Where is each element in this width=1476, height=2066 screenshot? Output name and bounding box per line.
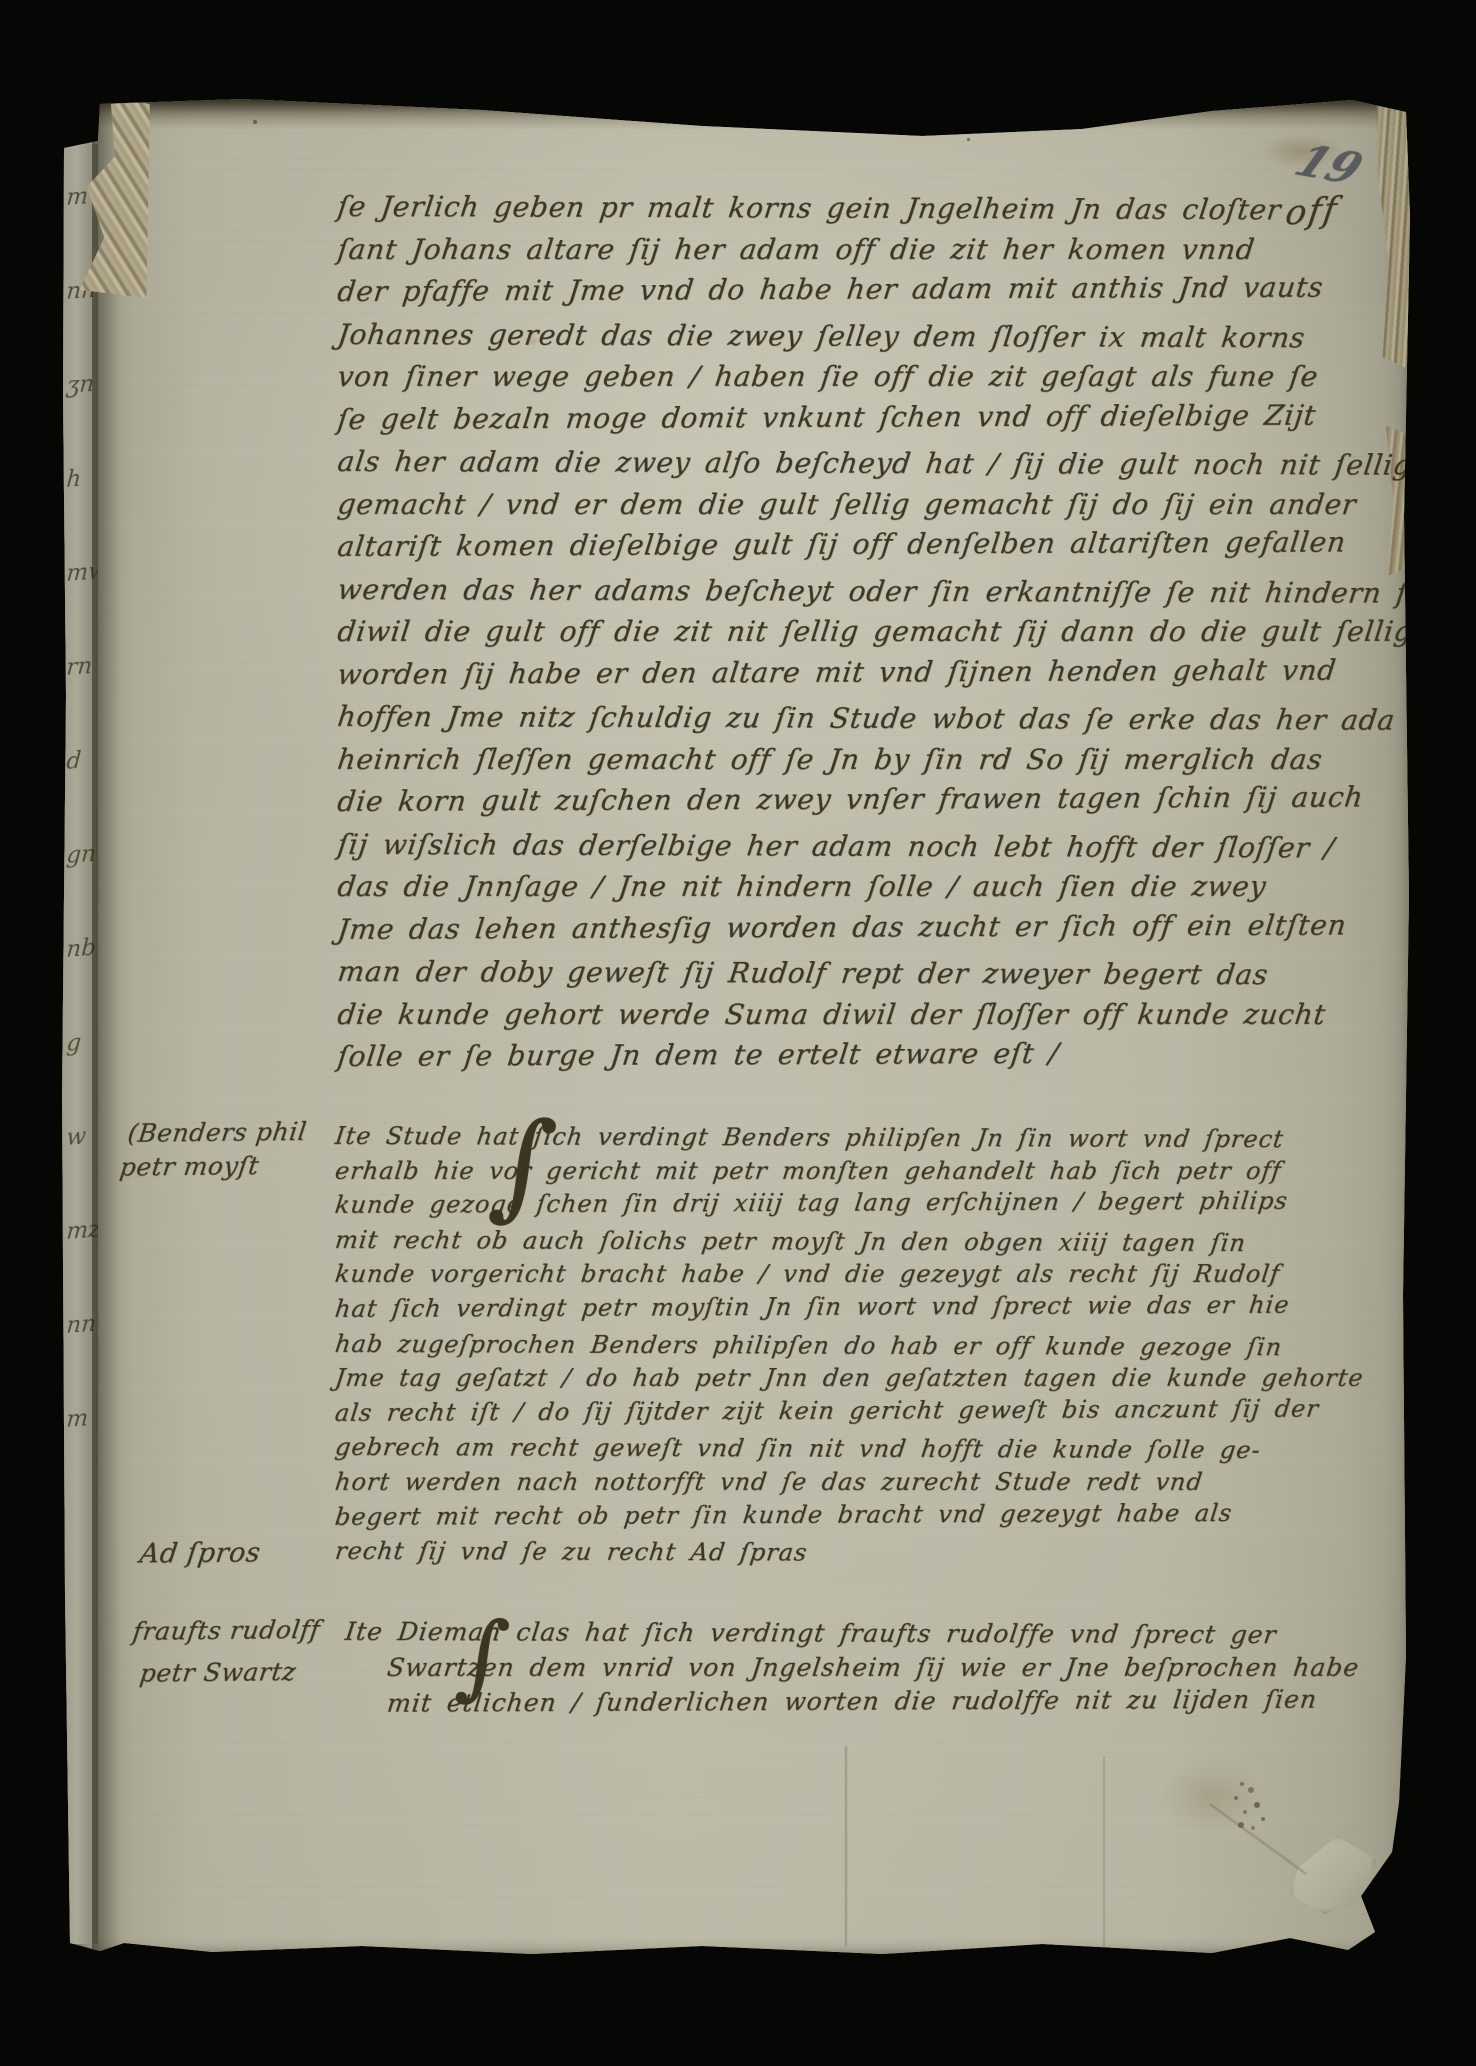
manuscript-line: gemacht / vnd er dem die gult ſellig gem…	[335, 484, 1465, 527]
manuscript-line: mit recht ob auch ſolichs petr moyſt Jn …	[333, 1223, 1365, 1261]
scan-background: mnnʒnhmwrndgnnbgwmznnm 19 off ſe Jerlich…	[0, 0, 1476, 2066]
ink-speck	[253, 120, 257, 124]
facing-page-edge: mnnʒnhmwrndgnnbgwmznnm	[62, 144, 98, 1944]
margin-note-petr-moyst: petr moyſt	[118, 1151, 261, 1181]
manuscript-line: hort werden nach nottorfft vnd ſe das zu…	[333, 1465, 1366, 1500]
entry-2-text: Ite Stude hat ſich verdingt Benders phil…	[333, 1119, 1361, 1569]
manuscript-line: gebrech am recht geweſt vnd ſin nit vnd …	[333, 1430, 1365, 1468]
paper-crease-vertical	[845, 1746, 847, 1946]
manuscript-line: kunde gezoge ſchen ſin drij xiiij tag la…	[333, 1184, 1366, 1223]
gutter-text-fragment: mz	[62, 1216, 98, 1313]
fox-spots	[1240, 1782, 1244, 1786]
manuscript-line: Ite Dieman clas hat ſich verdingt frauft…	[343, 1614, 1361, 1654]
manuscript-line: worden ſij habe er den altare mit vnd ſi…	[335, 649, 1465, 696]
manuscript-line: Jme tag geſatzt / do hab petr Jnn den ge…	[333, 1361, 1366, 1396]
gutter-text-fragment: d	[62, 746, 98, 843]
manuscript-line: ſant Johans altare ſij her adam off die …	[335, 229, 1465, 272]
paper-crease-faint	[1103, 1756, 1105, 1951]
manuscript-line: ſe gelt bezaln moge domit vnkunt ſchen v…	[335, 394, 1465, 441]
manuscript-line: ſolle er ſe burge Jn dem te ertelt etwar…	[335, 1031, 1465, 1078]
manuscript-line: Johannes geredt das die zwey ſelley dem …	[335, 314, 1465, 360]
manuscript-line: ſij wiſslich das derſelbige her adam noc…	[335, 824, 1465, 870]
gutter-text-fragment: ʒn	[62, 370, 98, 467]
gutter-text-fragment: h	[62, 464, 98, 561]
manuscript-line: hat ſich verdingt petr moyſtin Jn ſin wo…	[333, 1287, 1366, 1326]
manuscript-line: werden das her adams beſcheyt oder ſin e…	[335, 569, 1465, 615]
manuscript-line: als her adam die zwey alſo beſcheyd hat …	[335, 441, 1465, 487]
manuscript-line: das die Jnnſage / Jne nit hindern ſolle …	[335, 866, 1465, 909]
manuscript-line: erhalb hie vor gericht mit petr monſten …	[333, 1154, 1366, 1189]
gutter-text-fragment: w	[62, 1122, 98, 1219]
manuscript-line: man der doby geweſt ſij Rudolf rept der …	[335, 951, 1465, 997]
gutter-fold-shadow	[92, 96, 132, 1958]
margin-note-fraufts-rudolff: fraufts rudolff	[131, 1615, 322, 1646]
gutter-text-fragments: mnnʒnhmwrndgnnbgwmznnm	[64, 184, 98, 1500]
manuscript-line: altariſt komen dieſelbige gult ſij off d…	[335, 521, 1465, 568]
manuscript-line: hoffen Jme nitz ſchuldig zu ſin Stude wb…	[335, 696, 1465, 742]
manuscript-line: der pfaffe mit Jme vnd do habe her adam …	[335, 266, 1465, 313]
gutter-text-fragment: rn	[62, 652, 98, 749]
manuscript-line: Jme das lehen anthesſig worden das zucht…	[335, 904, 1465, 951]
manuscript-line: heinrich ſleſſen gemacht off ſe Jn by ſi…	[335, 739, 1465, 782]
paper-crease-diagonal	[1209, 1803, 1307, 1875]
manuscript-line: als recht iſt / do ſij ſijtder zijt kein…	[333, 1391, 1366, 1430]
manuscript-line: von ſiner wege geben / haben ſie off die…	[335, 356, 1465, 399]
manuscript-page: mnnʒnhmwrndgnnbgwmznnm 19 off ſe Jerlich…	[62, 96, 1412, 1958]
manuscript-line: begert mit recht ob petr ſin kunde brach…	[333, 1495, 1366, 1534]
manuscript-line: recht ſij vnd ſe zu recht Ad ſpras	[333, 1534, 1365, 1572]
manuscript-line: mit etlichen / ſunderlichen worten die r…	[343, 1682, 1362, 1722]
manuscript-line: hab zugeſprochen Benders philipſen do ha…	[333, 1327, 1365, 1365]
manuscript-line: kunde vorgericht bracht habe / vnd die g…	[333, 1257, 1366, 1292]
entry-3-text: Ite Dieman clas hat ſich verdingt frauft…	[343, 1614, 1357, 1722]
manuscript-line: Swartzen dem vnrid von Jngelsheim ſij wi…	[343, 1650, 1361, 1686]
gutter-text-fragment: gn	[62, 840, 98, 937]
manuscript-line: ſe Jerlich geben pr malt korns gein Jnge…	[335, 186, 1465, 232]
gutter-text-fragment: nn	[62, 1310, 98, 1407]
gutter-text-fragment: g	[62, 1028, 98, 1125]
manuscript-line: die kunde gehort werde Suma diwil der ſl…	[335, 994, 1465, 1037]
margin-note-benders-phil: (Benders phil	[126, 1117, 308, 1148]
gutter-text-fragment: mw	[62, 558, 98, 655]
manuscript-line: diwil die gult off die zit nit ſellig ge…	[335, 611, 1465, 654]
ink-speck	[967, 138, 970, 141]
gutter-text-fragment: nb	[62, 934, 98, 1031]
manuscript-line: Ite Stude hat ſich verdingt Benders phil…	[333, 1119, 1365, 1157]
margin-note-petr-swartz: petr Swartz	[138, 1657, 298, 1688]
torn-corner-patch	[1290, 1836, 1376, 1914]
margin-note-ad-pros: Ad ſpros	[138, 1537, 263, 1569]
gutter-text-fragment: m	[62, 1404, 98, 1501]
manuscript-line: die korn gult zuſchen den zwey vnſer fra…	[335, 776, 1465, 823]
entry-1-text: ſe Jerlich geben pr malt korns gein Jnge…	[335, 186, 1460, 1079]
